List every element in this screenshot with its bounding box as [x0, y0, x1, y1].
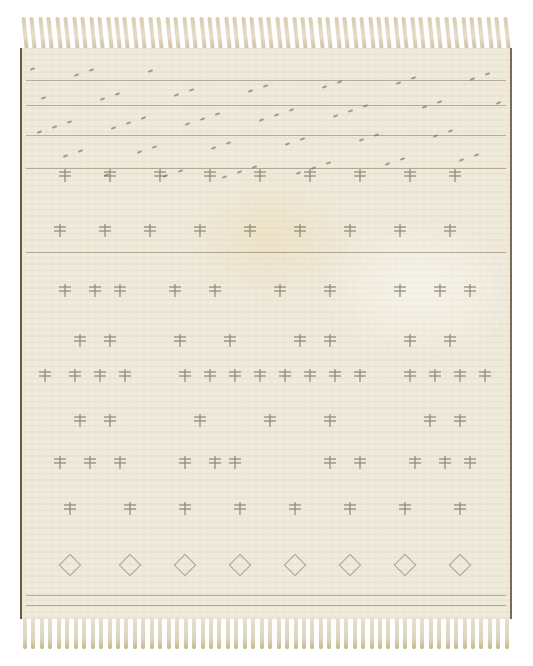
- fringe-strand: [419, 17, 426, 49]
- fringe-strand: [410, 17, 417, 49]
- tree-motif: [448, 167, 462, 183]
- diamond-motif: [394, 554, 417, 577]
- fringe-strand: [336, 617, 340, 649]
- tree-motif: [228, 454, 242, 470]
- fringe-strand: [469, 17, 476, 49]
- tree-motif: [353, 167, 367, 183]
- tree-motif: [253, 367, 267, 383]
- fringe-strand: [376, 17, 383, 49]
- tree-motif: [118, 367, 132, 383]
- tree-motif: [208, 282, 222, 298]
- fringe-strand: [157, 17, 164, 49]
- fringe-strand: [386, 617, 390, 649]
- fringe-strand: [48, 617, 52, 649]
- tree-motif: [403, 167, 417, 183]
- pile-speck: [296, 171, 301, 175]
- fringe-strand: [201, 617, 205, 649]
- pile-speck: [248, 89, 253, 93]
- fringe-strand: [124, 617, 128, 649]
- tree-motif: [178, 367, 192, 383]
- fringe-strand: [251, 617, 255, 649]
- fringe-strand: [300, 17, 307, 49]
- fringe-strand: [368, 17, 375, 49]
- woven-stripe: [26, 595, 506, 596]
- pile-speck: [137, 150, 142, 154]
- fringe-strand: [334, 17, 341, 49]
- fringe-strand: [234, 617, 238, 649]
- pile-speck: [400, 157, 405, 161]
- tree-motif: [478, 367, 492, 383]
- tree-motif: [253, 167, 267, 183]
- pile-speck: [422, 105, 427, 109]
- fringe-strand: [326, 17, 333, 49]
- tree-motif: [343, 222, 357, 238]
- fringe-strand: [243, 617, 247, 649]
- woven-stripe: [26, 80, 506, 81]
- fringe-strand: [403, 617, 407, 649]
- pile-speck: [385, 162, 390, 166]
- fringe-strand: [114, 17, 121, 49]
- fringe-strand: [133, 617, 137, 649]
- tree-motif: [303, 167, 317, 183]
- pile-speck: [226, 141, 231, 145]
- fringe-strand: [182, 17, 189, 49]
- fringe-strand: [38, 17, 45, 49]
- tree-motif: [223, 332, 237, 348]
- tree-motif: [88, 282, 102, 298]
- pile-speck: [148, 69, 153, 73]
- fringe-strand: [250, 17, 257, 49]
- fringe-strand: [283, 17, 290, 49]
- tree-motif: [353, 367, 367, 383]
- fringe-strand: [444, 17, 451, 49]
- tree-motif: [83, 454, 97, 470]
- tree-motif: [73, 332, 87, 348]
- tree-motif: [208, 454, 222, 470]
- pile-speck: [100, 97, 105, 101]
- fringe-strand: [496, 617, 500, 649]
- pile-speck: [111, 126, 116, 130]
- tree-motif: [103, 332, 117, 348]
- fringe-strand: [461, 17, 468, 49]
- fringe-strand: [184, 617, 188, 649]
- tree-motif: [53, 222, 67, 238]
- pile-speck: [89, 68, 94, 72]
- diamond-motif: [229, 554, 252, 577]
- pile-speck: [141, 116, 146, 120]
- fringe-strand: [446, 617, 450, 649]
- fringe-strand: [310, 617, 314, 649]
- fringe-strand: [192, 617, 196, 649]
- pile-speck: [263, 84, 268, 88]
- fringe-strand: [277, 617, 281, 649]
- fringe-strand: [351, 17, 358, 49]
- pile-speck: [448, 129, 453, 133]
- pile-speck: [52, 125, 57, 129]
- tree-motif: [178, 454, 192, 470]
- pile-speck: [433, 134, 438, 138]
- tree-motif: [343, 500, 357, 516]
- tree-motif: [143, 222, 157, 238]
- pile-speck: [185, 122, 190, 126]
- pile-speck: [115, 92, 120, 96]
- fringe-strand: [495, 17, 502, 49]
- pile-speck: [289, 108, 294, 112]
- tree-motif: [178, 500, 192, 516]
- pile-speck: [322, 85, 327, 89]
- pile-speck: [126, 121, 131, 125]
- tree-motif: [263, 412, 277, 428]
- fringe-strand: [165, 17, 172, 49]
- rug: [20, 17, 512, 649]
- bottom-fringe: [20, 617, 512, 649]
- fringe-strand: [285, 617, 289, 649]
- fringe-strand: [395, 617, 399, 649]
- tree-motif: [123, 500, 137, 516]
- fringe-strand: [150, 617, 154, 649]
- tree-motif: [93, 367, 107, 383]
- tree-motif: [443, 222, 457, 238]
- pile-speck: [63, 154, 68, 158]
- fringe-strand: [173, 17, 180, 49]
- woven-stripe: [26, 105, 506, 106]
- pile-speck: [300, 137, 305, 141]
- tree-motif: [173, 332, 187, 348]
- tree-motif: [58, 282, 72, 298]
- fringe-strand: [131, 17, 138, 49]
- fringe-strand: [108, 617, 112, 649]
- fringe-strand: [216, 17, 223, 49]
- pile-speck: [41, 96, 46, 100]
- fringe-strand: [30, 17, 37, 49]
- tree-motif: [353, 454, 367, 470]
- pile-speck: [333, 114, 338, 118]
- tree-motif: [233, 500, 247, 516]
- tree-motif: [453, 367, 467, 383]
- fringe-strand: [57, 617, 61, 649]
- pile-speck: [396, 81, 401, 85]
- fringe-strand: [361, 617, 365, 649]
- fringe-strand: [370, 617, 374, 649]
- pile-speck: [259, 118, 264, 122]
- fringe-strand: [353, 617, 357, 649]
- fringe-strand: [123, 17, 130, 49]
- tree-motif: [403, 332, 417, 348]
- diamond-motif: [59, 554, 82, 577]
- tree-motif: [113, 282, 127, 298]
- fringe-strand: [82, 617, 86, 649]
- tree-motif: [278, 367, 292, 383]
- tree-motif: [203, 367, 217, 383]
- tree-motif: [403, 367, 417, 383]
- fringe-strand: [344, 617, 348, 649]
- tree-motif: [453, 412, 467, 428]
- fringe-strand: [89, 17, 96, 49]
- tree-motif: [103, 412, 117, 428]
- pile-speck: [459, 158, 464, 162]
- fringe-strand: [40, 617, 44, 649]
- tree-motif: [273, 282, 287, 298]
- top-fringe: [20, 17, 512, 49]
- pile-speck: [474, 153, 479, 157]
- fringe-strand: [275, 17, 282, 49]
- fringe-strand: [343, 17, 350, 49]
- tree-motif: [203, 167, 217, 183]
- pile-speck: [215, 112, 220, 116]
- diamond-motif: [284, 554, 307, 577]
- fringe-strand: [302, 617, 306, 649]
- fringe-strand: [378, 617, 382, 649]
- pile-speck: [285, 142, 290, 146]
- tree-motif: [398, 500, 412, 516]
- fringe-strand: [486, 17, 493, 49]
- fringe-strand: [258, 17, 265, 49]
- diamond-motif: [339, 554, 362, 577]
- fringe-strand: [224, 17, 231, 49]
- fringe-strand: [319, 617, 323, 649]
- fringe-strand: [226, 617, 230, 649]
- tree-motif: [38, 367, 52, 383]
- fringe-strand: [80, 17, 87, 49]
- fringe-strand: [140, 17, 147, 49]
- fringe-strand: [503, 17, 510, 49]
- fringe-strand: [420, 617, 424, 649]
- tree-motif: [463, 282, 477, 298]
- pile-speck: [337, 80, 342, 84]
- tree-motif: [293, 332, 307, 348]
- tree-motif: [393, 222, 407, 238]
- fringe-strand: [294, 617, 298, 649]
- fringe-strand: [65, 617, 69, 649]
- pile-speck: [211, 146, 216, 150]
- diamond-motif: [119, 554, 142, 577]
- pile-speck: [348, 109, 353, 113]
- pile-speck: [326, 161, 331, 165]
- fringe-strand: [454, 617, 458, 649]
- tree-motif: [393, 282, 407, 298]
- fringe-strand: [412, 617, 416, 649]
- fringe-strand: [148, 17, 155, 49]
- fringe-strand: [199, 17, 206, 49]
- fringe-strand: [91, 617, 95, 649]
- fringe-strand: [241, 17, 248, 49]
- pile-speck: [437, 100, 442, 104]
- fringe-strand: [488, 617, 492, 649]
- tree-motif: [408, 454, 422, 470]
- pile-speck: [274, 113, 279, 117]
- tree-motif: [243, 222, 257, 238]
- fringe-strand: [327, 617, 331, 649]
- pile-speck: [237, 170, 242, 174]
- tree-motif: [53, 454, 67, 470]
- fringe-strand: [463, 617, 467, 649]
- pile-speck: [67, 120, 72, 124]
- pile-speck: [152, 145, 157, 149]
- fringe-strand: [175, 617, 179, 649]
- fringe-strand: [64, 17, 71, 49]
- tree-motif: [98, 222, 112, 238]
- pile-speck: [363, 104, 368, 108]
- fringe-strand: [74, 617, 78, 649]
- tree-motif: [323, 282, 337, 298]
- tree-motif: [438, 454, 452, 470]
- tree-motif: [303, 367, 317, 383]
- fringe-strand: [47, 17, 54, 49]
- fringe-strand: [106, 17, 113, 49]
- fringe-strand: [99, 617, 103, 649]
- fringe-strand: [393, 17, 400, 49]
- fringe-strand: [478, 17, 485, 49]
- fringe-strand: [31, 617, 35, 649]
- pile-speck: [200, 117, 205, 121]
- fringe-strand: [268, 617, 272, 649]
- fringe-strand: [260, 617, 264, 649]
- diamond-motif: [174, 554, 197, 577]
- woven-stripe: [26, 605, 506, 606]
- pile-speck: [78, 149, 83, 153]
- tree-motif: [323, 454, 337, 470]
- tree-motif: [68, 367, 82, 383]
- fringe-strand: [190, 17, 197, 49]
- fringe-strand: [309, 17, 316, 49]
- tree-motif: [113, 454, 127, 470]
- fringe-strand: [209, 617, 213, 649]
- fringe-strand: [141, 617, 145, 649]
- tree-motif: [288, 500, 302, 516]
- fringe-strand: [97, 17, 104, 49]
- tree-motif: [193, 412, 207, 428]
- fringe-strand: [436, 17, 443, 49]
- fringe-strand: [385, 17, 392, 49]
- tree-motif: [323, 332, 337, 348]
- fringe-strand: [437, 617, 441, 649]
- tree-motif: [443, 332, 457, 348]
- pile-speck: [359, 138, 364, 142]
- tree-motif: [58, 167, 72, 183]
- pile-speck: [189, 88, 194, 92]
- woven-stripe: [26, 252, 506, 253]
- tree-motif: [63, 500, 77, 516]
- tree-motif: [453, 500, 467, 516]
- tree-motif: [423, 412, 437, 428]
- tree-motif: [328, 367, 342, 383]
- fringe-strand: [479, 617, 483, 649]
- rug-pile: [20, 48, 512, 619]
- fringe-strand: [217, 617, 221, 649]
- diamond-motif: [449, 554, 472, 577]
- pile-speck: [174, 93, 179, 97]
- fringe-strand: [505, 617, 509, 649]
- fringe-strand: [452, 17, 459, 49]
- fringe-strand: [427, 17, 434, 49]
- pile-speck: [222, 175, 227, 179]
- fringe-strand: [55, 17, 62, 49]
- tree-motif: [323, 412, 337, 428]
- tree-motif: [193, 222, 207, 238]
- tree-motif: [168, 282, 182, 298]
- tree-motif: [73, 412, 87, 428]
- pile-speck: [37, 130, 42, 134]
- fringe-strand: [402, 17, 409, 49]
- fringe-strand: [23, 617, 27, 649]
- tree-motif: [463, 454, 477, 470]
- pile-speck: [178, 169, 183, 173]
- fringe-strand: [116, 617, 120, 649]
- fringe-strand: [72, 17, 79, 49]
- pile-speck: [374, 133, 379, 137]
- tree-motif: [228, 367, 242, 383]
- fringe-strand: [266, 17, 273, 49]
- fringe-strand: [317, 17, 324, 49]
- fringe-strand: [292, 17, 299, 49]
- fringe-strand: [471, 617, 475, 649]
- fringe-strand: [233, 17, 240, 49]
- fringe-strand: [429, 617, 433, 649]
- pile-speck: [30, 67, 35, 71]
- tree-motif: [293, 222, 307, 238]
- fringe-strand: [21, 17, 28, 49]
- fringe-strand: [167, 617, 171, 649]
- fringe-strand: [207, 17, 214, 49]
- tree-motif: [428, 367, 442, 383]
- fringe-strand: [158, 617, 162, 649]
- pile-speck: [74, 73, 79, 77]
- fringe-strand: [359, 17, 366, 49]
- tree-motif: [433, 282, 447, 298]
- pile-speck: [485, 72, 490, 76]
